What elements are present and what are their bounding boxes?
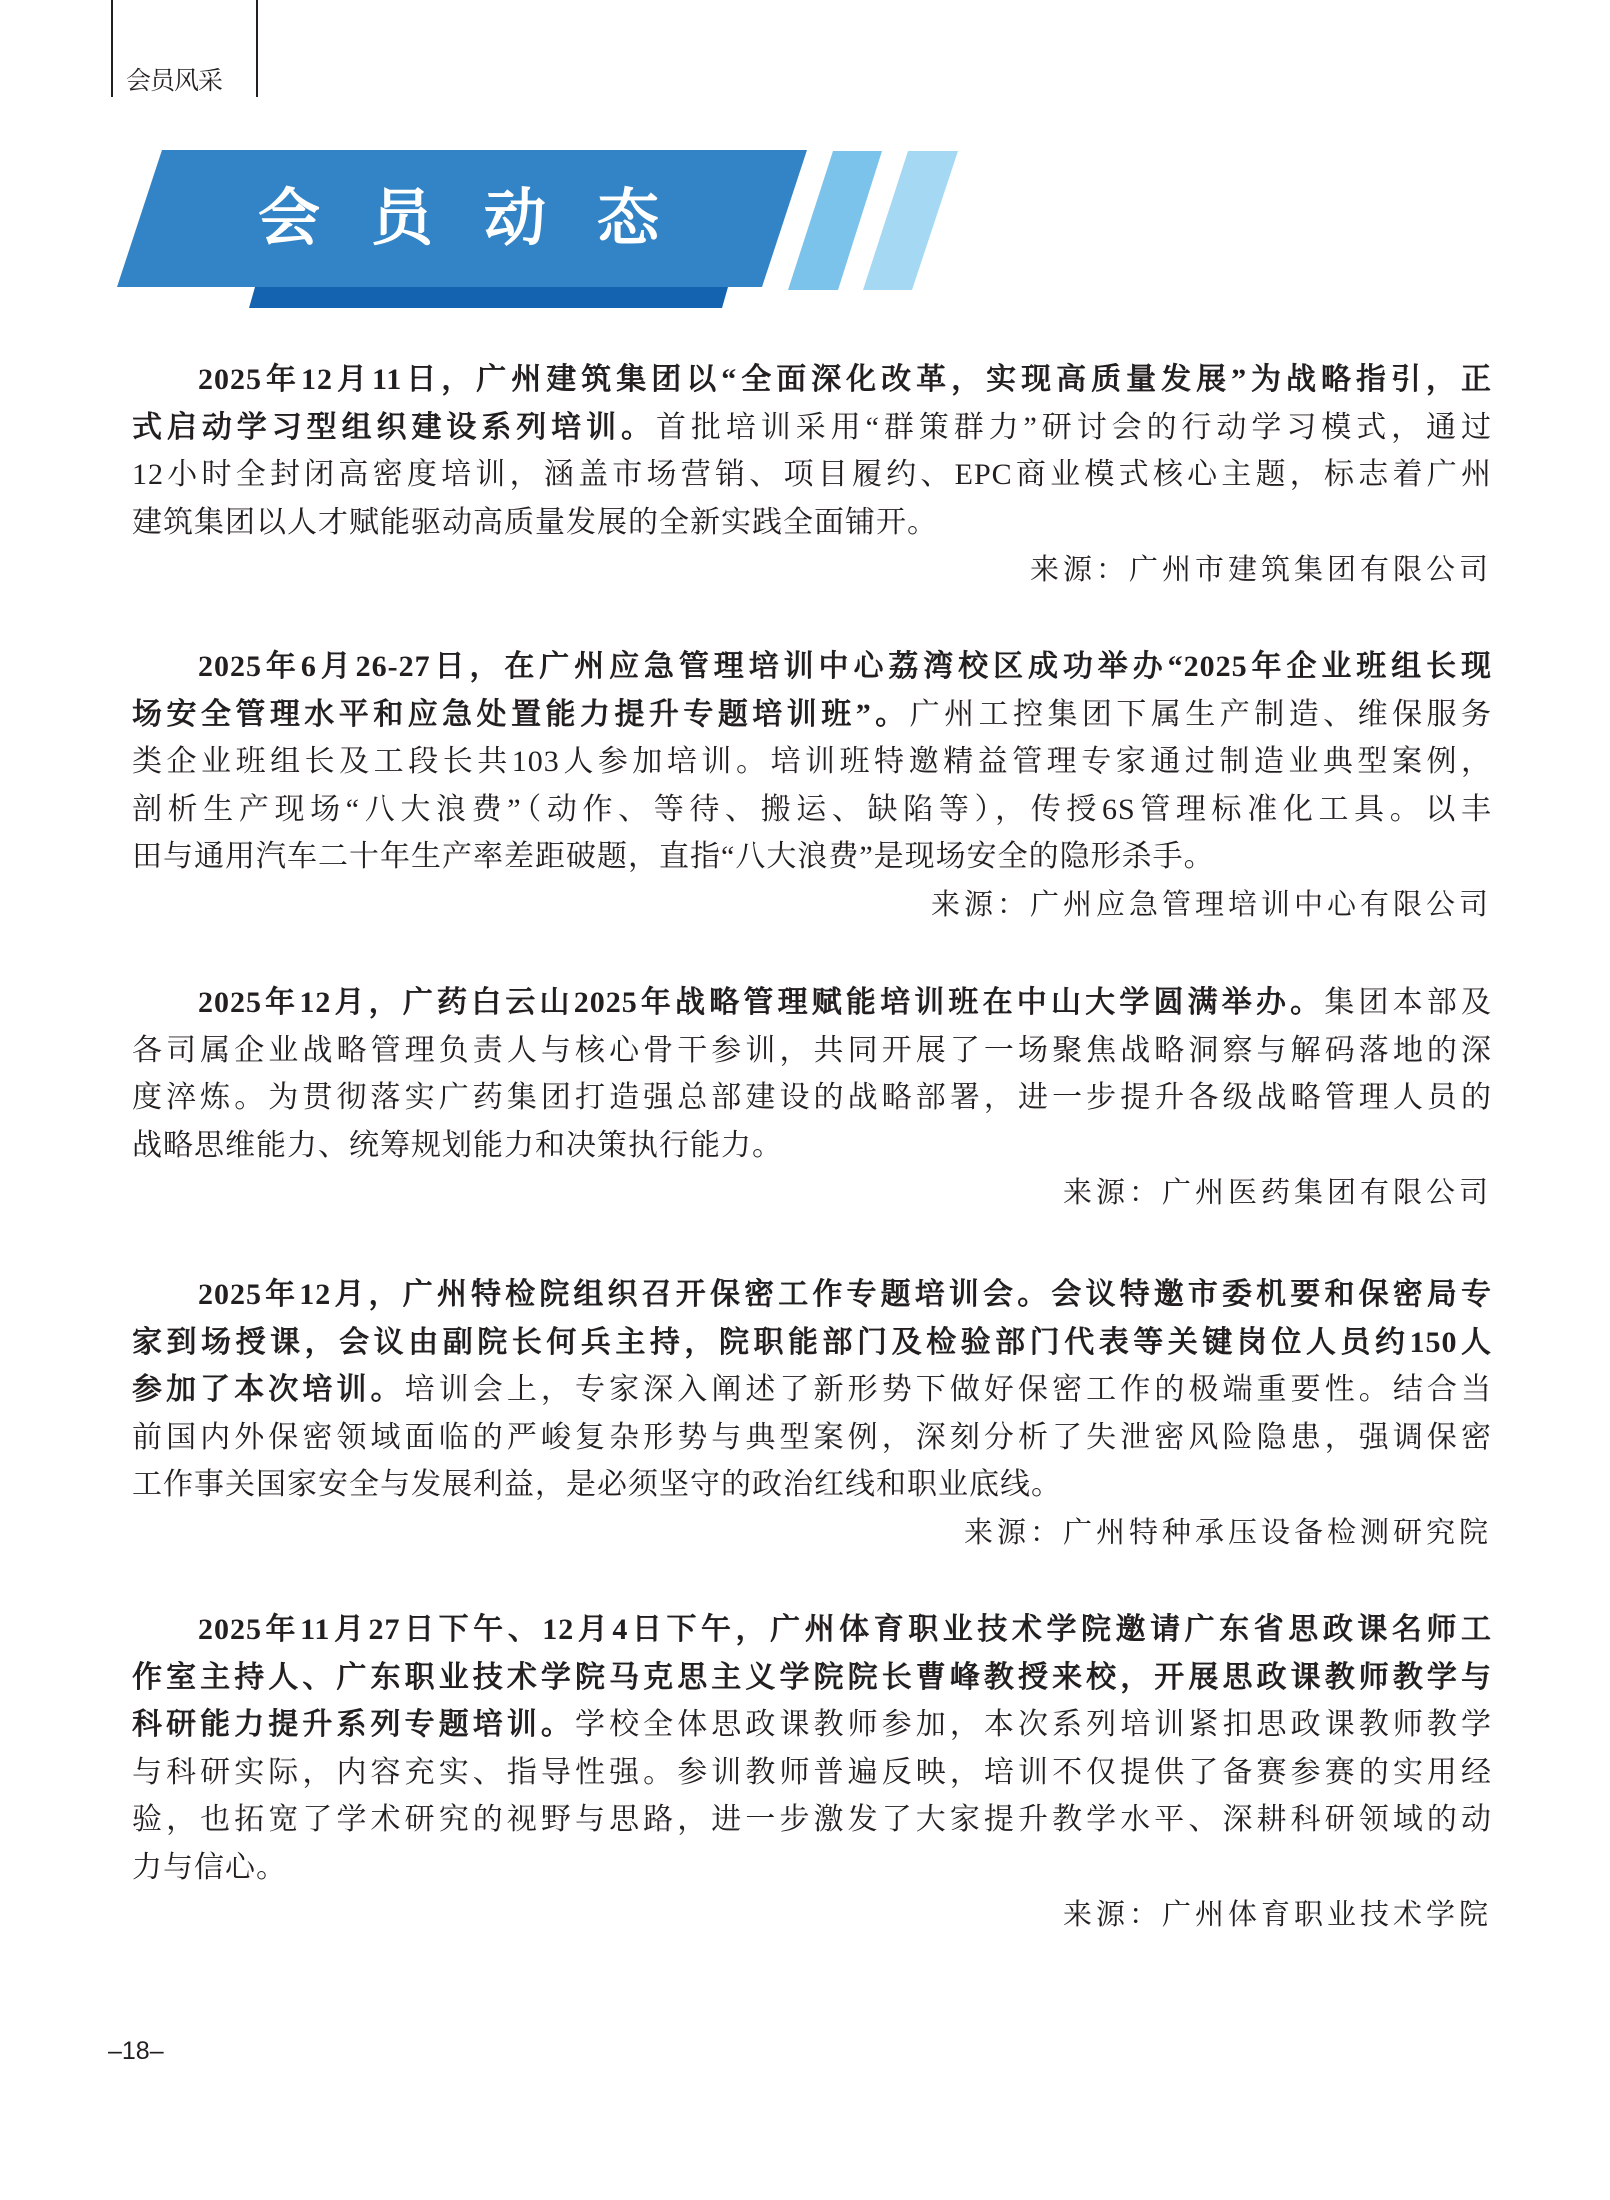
body-text: 与科研实际，内容充实、指导性强。参训教师普遍反映，培训不仅提供了备赛参赛的实用经 <box>132 1756 1492 1789</box>
body-text: 验，也拓宽了学术研究的视野与思路，进一步激发了大家提升教学水平、深耕科研领域的动 <box>132 1803 1492 1836</box>
paragraph-line: 2025年12月，广州特检院组织召开保密工作专题培训会。会议特邀市委机要和保密局… <box>132 1271 1492 1319</box>
body-text: 培训会上，专家深入阐述了新形势下做好保密工作的极端重要性。结合当 <box>405 1373 1492 1406</box>
paragraph-line: 2025年6月26-27日，在广州应急管理培训中心荔湾校区成功举办“2025年企… <box>132 643 1492 691</box>
news-item: 2025年12月，广州特检院组织召开保密工作专题培训会。会议特邀市委机要和保密局… <box>132 1271 1492 1556</box>
source-credit: 来源：广州体育职业技术学院 <box>132 1891 1492 1939</box>
lead-text: 2025年11月27日下午、12月4日下午，广州体育职业技术学院邀请广东省思政课… <box>198 1613 1492 1646</box>
news-item: 2025年6月26-27日，在广州应急管理培训中心荔湾校区成功举办“2025年企… <box>132 643 1492 928</box>
banner-shapes <box>0 0 1610 320</box>
lead-text: 家到场授课，会议由副院长何兵主持，院职能部门及检验部门代表等关键岗位人员约150… <box>132 1326 1492 1359</box>
paragraph-line: 2025年11月27日下午、12月4日下午，广州体育职业技术学院邀请广东省思政课… <box>132 1606 1492 1654</box>
body-text: 集团本部及 <box>1324 986 1492 1019</box>
banner-stripe-2 <box>863 151 958 290</box>
paragraph-line: 式启动学习型组织建设系列培训。首批培训采用“群策群力”研讨会的行动学习模式，通过 <box>132 404 1492 452</box>
title-banner: 会员动态 <box>0 0 1610 320</box>
paragraph-line: 力与信心。 <box>132 1844 1492 1892</box>
paragraph-line: 各司属企业战略管理负责人与核心骨干参训，共同开展了一场聚焦战略洞察与解码落地的深 <box>132 1027 1492 1075</box>
body-text: 建筑集团以人才赋能驱动高质量发展的全新实践全面铺开。 <box>132 506 938 539</box>
news-item: 2025年11月27日下午、12月4日下午，广州体育职业技术学院邀请广东省思政课… <box>132 1606 1492 1939</box>
source-credit: 来源：广州特种承压设备检测研究院 <box>132 1509 1492 1557</box>
page-title: 会员动态 <box>258 180 710 256</box>
paragraph-line: 参加了本次培训。培训会上，专家深入阐述了新形势下做好保密工作的极端重要性。结合当 <box>132 1366 1492 1414</box>
paragraph-line: 作室主持人、广东职业技术学院马克思主义学院院长曹峰教授来校，开展思政课教师教学与 <box>132 1654 1492 1702</box>
news-item: 2025年12月11日，广州建筑集团以“全面深化改革，实现高质量发展”为战略指引… <box>132 356 1492 594</box>
paragraph-line: 工作事关国家安全与发展利益，是必须坚守的政治红线和职业底线。 <box>132 1461 1492 1509</box>
paragraph-line: 2025年12月11日，广州建筑集团以“全面深化改革，实现高质量发展”为战略指引… <box>132 356 1492 404</box>
paragraph-line: 战略思维能力、统筹规划能力和决策执行能力。 <box>132 1122 1492 1170</box>
lead-text: 式启动学习型组织建设系列培训。 <box>132 411 656 444</box>
paragraph-line: 家到场授课，会议由副院长何兵主持，院职能部门及检验部门代表等关键岗位人员约150… <box>132 1319 1492 1367</box>
body-text: 首批培训采用“群策群力”研讨会的行动学习模式，通过 <box>656 411 1492 444</box>
paragraph-line: 验，也拓宽了学术研究的视野与思路，进一步激发了大家提升教学水平、深耕科研领域的动 <box>132 1796 1492 1844</box>
body-text: 工作事关国家安全与发展利益，是必须坚守的政治红线和职业底线。 <box>132 1468 1062 1501</box>
source-credit: 来源：广州市建筑集团有限公司 <box>132 546 1492 594</box>
lead-text: 2025年6月26-27日，在广州应急管理培训中心荔湾校区成功举办“2025年企… <box>198 650 1492 683</box>
body-text: 力与信心。 <box>132 1851 287 1884</box>
news-item: 2025年12月，广药白云山2025年战略管理赋能培训班在中山大学圆满举办。集团… <box>132 979 1492 1217</box>
body-text: 学校全体思政课教师参加，本次系列培训紧扣思政课教师教学 <box>575 1708 1492 1741</box>
body-text: 剖析生产现场“八大浪费”（动作、等待、搬运、缺陷等），传授6S管理标准化工具。以… <box>132 793 1492 826</box>
banner-stripe-1 <box>788 151 882 290</box>
body-text: 广州工控集团下属生产制造、维保服务 <box>910 698 1492 731</box>
body-text: 田与通用汽车二十年生产率差距破题，直指“八大浪费”是现场安全的隐形杀手。 <box>132 840 1215 873</box>
body-text: 前国内外保密领域面临的严峻复杂形势与典型案例，深刻分析了失泄密风险隐患，强调保密 <box>132 1421 1492 1454</box>
source-credit: 来源：广州医药集团有限公司 <box>132 1169 1492 1217</box>
body-text: 类企业班组长及工段长共103人参加培训。培训班特邀精益管理专家通过制造业典型案例… <box>132 745 1492 778</box>
lead-text: 2025年12月，广药白云山2025年战略管理赋能培训班在中山大学圆满举办。 <box>198 986 1324 1019</box>
lead-text: 科研能力提升系列专题培训。 <box>132 1708 575 1741</box>
paragraph-line: 12小时全封闭高密度培训，涵盖市场营销、项目履约、EPC商业模式核心主题，标志着… <box>132 451 1492 499</box>
body-text: 度淬炼。为贯彻落实广药集团打造强总部建设的战略部署，进一步提升各级战略管理人员的 <box>132 1081 1492 1114</box>
paragraph-line: 科研能力提升系列专题培训。学校全体思政课教师参加，本次系列培训紧扣思政课教师教学 <box>132 1701 1492 1749</box>
lead-text: 2025年12月11日，广州建筑集团以“全面深化改革，实现高质量发展”为战略指引… <box>198 363 1492 396</box>
paragraph-line: 剖析生产现场“八大浪费”（动作、等待、搬运、缺陷等），传授6S管理标准化工具。以… <box>132 786 1492 834</box>
paragraph-line: 田与通用汽车二十年生产率差距破题，直指“八大浪费”是现场安全的隐形杀手。 <box>132 833 1492 881</box>
paragraph-line: 与科研实际，内容充实、指导性强。参训教师普遍反映，培训不仅提供了备赛参赛的实用经 <box>132 1749 1492 1797</box>
body-text: 12小时全封闭高密度培训，涵盖市场营销、项目履约、EPC商业模式核心主题，标志着… <box>132 458 1492 491</box>
source-credit: 来源：广州应急管理培训中心有限公司 <box>132 881 1492 929</box>
lead-text: 参加了本次培训。 <box>132 1373 405 1406</box>
banner-shadow-bar <box>249 287 728 308</box>
body-text: 各司属企业战略管理负责人与核心骨干参训，共同开展了一场聚焦战略洞察与解码落地的深 <box>132 1034 1492 1067</box>
body-text: 战略思维能力、统筹规划能力和决策执行能力。 <box>132 1129 783 1162</box>
page-number: –18– <box>108 2036 164 2066</box>
paragraph-line: 度淬炼。为贯彻落实广药集团打造强总部建设的战略部署，进一步提升各级战略管理人员的 <box>132 1074 1492 1122</box>
paragraph-line: 类企业班组长及工段长共103人参加培训。培训班特邀精益管理专家通过制造业典型案例… <box>132 738 1492 786</box>
paragraph-line: 2025年12月，广药白云山2025年战略管理赋能培训班在中山大学圆满举办。集团… <box>132 979 1492 1027</box>
paragraph-line: 建筑集团以人才赋能驱动高质量发展的全新实践全面铺开。 <box>132 499 1492 547</box>
paragraph-line: 场安全管理水平和应急处置能力提升专题培训班”。广州工控集团下属生产制造、维保服务 <box>132 691 1492 739</box>
lead-text: 2025年12月，广州特检院组织召开保密工作专题培训会。会议特邀市委机要和保密局… <box>198 1278 1492 1311</box>
paragraph-line: 前国内外保密领域面临的严峻复杂形势与典型案例，深刻分析了失泄密风险隐患，强调保密 <box>132 1414 1492 1462</box>
lead-text: 作室主持人、广东职业技术学院马克思主义学院院长曹峰教授来校，开展思政课教师教学与 <box>132 1661 1492 1694</box>
lead-text: 场安全管理水平和应急处置能力提升专题培训班”。 <box>132 698 910 731</box>
